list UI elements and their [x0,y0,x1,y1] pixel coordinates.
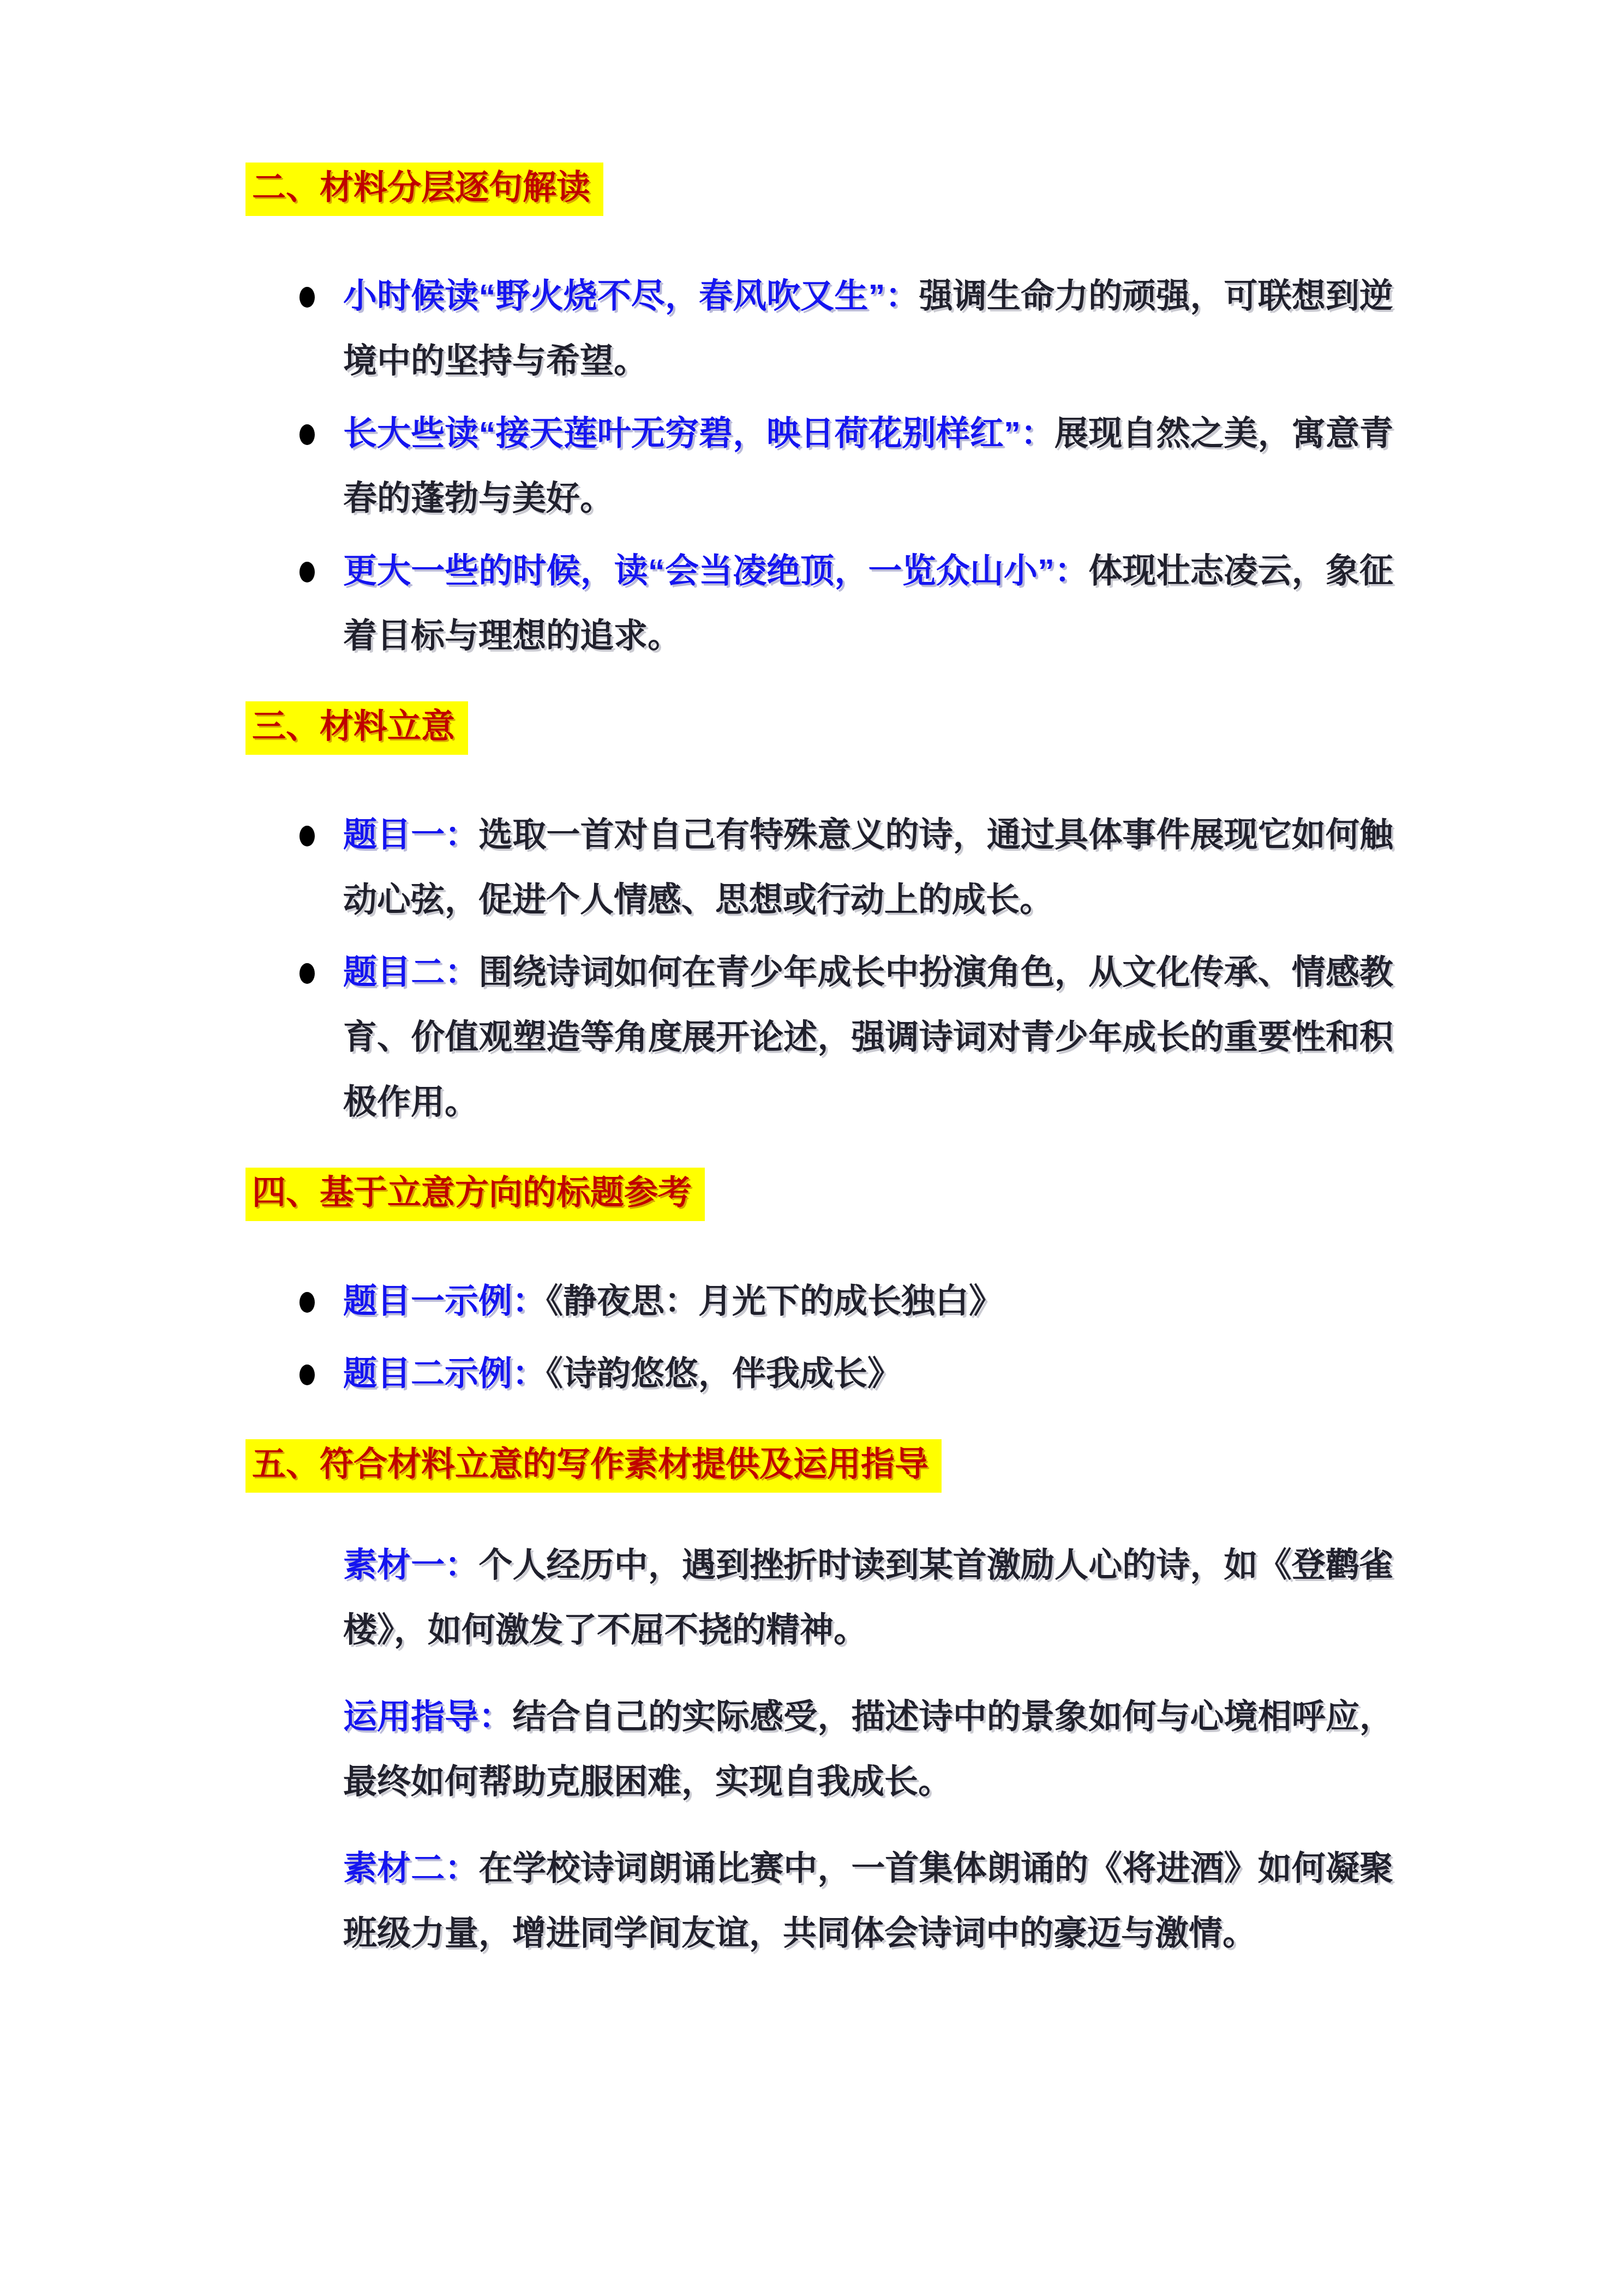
list-item: 更大一些的时候，读“会当凌绝顶，一览众山小”：体现壮志凌云，象征着目标与理想的追… [343,539,1393,669]
heading-highlight: 二、材料分层逐句解读 [245,163,603,216]
lead-text: 素材一： [343,1547,478,1584]
bullet-icon [299,1292,315,1313]
list-item: 题目二：围绕诗词如何在青少年成长中扮演角色，从文化传承、情感教育、价值观塑造等角… [343,940,1393,1135]
bullet-icon [299,562,315,582]
list-item: 题目一：选取一首对自己有特殊意义的诗，通过具体事件展现它如何触动心弦，促进个人情… [343,803,1393,933]
bullet-icon [299,826,315,846]
bullet-icon [299,1365,315,1385]
list-item: 题目二示例：《诗韵悠悠，伴我成长》 [343,1342,1393,1407]
section-material-analysis: 二、材料分层逐句解读 小时候读“野火烧不尽，春风吹又生”：强调生命力的顽强，可联… [0,163,1624,669]
lead-text: 更大一些的时候，读“会当凌绝顶，一览众山小”： [343,552,1088,590]
bullet-icon [299,424,315,445]
lead-text: 题目一： [343,816,478,854]
bullet-list: 题目一：选取一首对自己有特殊意义的诗，通过具体事件展现它如何触动心弦，促进个人情… [343,803,1393,1135]
section-heading: 四、基于立意方向的标题参考 [245,1168,1624,1221]
list-item: 小时候读“野火烧不尽，春风吹又生”：强调生命力的顽强，可联想到逆境中的坚持与希望… [343,264,1393,394]
section-writing-material: 五、符合材料立意的写作素材提供及运用指导 素材一：个人经历中，遇到挫折时读到某首… [0,1439,1624,1966]
section-heading: 五、符合材料立意的写作素材提供及运用指导 [245,1439,1624,1493]
lead-text: 长大些读“接天莲叶无穷碧，映日荷花别样红”： [343,415,1054,453]
section-material-intent: 三、材料立意 题目一：选取一首对自己有特殊意义的诗，通过具体事件展现它如何触动心… [0,701,1624,1135]
list-item: 长大些读“接天莲叶无穷碧，映日荷花别样红”：展现自然之美，寓意青春的蓬勃与美好。 [343,401,1393,531]
paragraph: 素材一：个人经历中，遇到挫折时读到某首激励人心的诗，如《登鹳雀楼》，如何激发了不… [343,1533,1393,1663]
bullet-icon [299,287,315,308]
paragraph: 运用指导：结合自己的实际感受，描述诗中的景象如何与心境相呼应，最终如何帮助克服困… [343,1685,1393,1814]
section-title-reference: 四、基于立意方向的标题参考 题目一示例：《静夜思：月光下的成长独白》 题目二示例… [0,1168,1624,1407]
heading-highlight: 三、材料立意 [245,701,468,755]
bullet-list: 小时候读“野火烧不尽，春风吹又生”：强调生命力的顽强，可联想到逆境中的坚持与希望… [343,264,1393,669]
heading-highlight: 四、基于立意方向的标题参考 [245,1168,705,1221]
lead-text: 运用指导： [343,1698,513,1736]
section-heading: 三、材料立意 [245,701,1624,755]
bullet-icon [299,963,315,984]
document-page: 二、材料分层逐句解读 小时候读“野火烧不尽，春风吹又生”：强调生命力的顽强，可联… [0,0,1624,2296]
bullet-list: 题目一示例：《静夜思：月光下的成长独白》 题目二示例：《诗韵悠悠，伴我成长》 [343,1269,1393,1407]
lead-text: 题目二： [343,954,478,991]
body-text: 《静夜思：月光下的成长独白》 [546,1283,1003,1320]
list-item: 题目一示例：《静夜思：月光下的成长独白》 [343,1269,1393,1334]
lead-text: 题目二示例： [343,1355,546,1393]
body-text: 选取一首对自己有特殊意义的诗，通过具体事件展现它如何触动心弦，促进个人情感、思想… [343,816,1393,919]
lead-text: 小时候读“野火烧不尽，春风吹又生”： [343,278,919,315]
paragraph: 素材二：在学校诗词朗诵比赛中，一首集体朗诵的《将进酒》如何凝聚班级力量，增进同学… [343,1836,1393,1966]
paragraph-group: 素材一：个人经历中，遇到挫折时读到某首激励人心的诗，如《登鹳雀楼》，如何激发了不… [343,1533,1393,1966]
lead-text: 题目一示例： [343,1283,546,1320]
heading-highlight: 五、符合材料立意的写作素材提供及运用指导 [245,1439,942,1493]
body-text: 《诗韵悠悠，伴我成长》 [546,1355,901,1393]
body-text: 在学校诗词朗诵比赛中，一首集体朗诵的《将进酒》如何凝聚班级力量，增进同学间友谊，… [343,1850,1393,1952]
body-text: 围绕诗词如何在青少年成长中扮演角色，从文化传承、情感教育、价值观塑造等角度展开论… [343,954,1393,1121]
body-text: 个人经历中，遇到挫折时读到某首激励人心的诗，如《登鹳雀楼》，如何激发了不屈不挠的… [343,1547,1393,1649]
lead-text: 素材二： [343,1850,478,1888]
section-heading: 二、材料分层逐句解读 [245,163,1624,216]
